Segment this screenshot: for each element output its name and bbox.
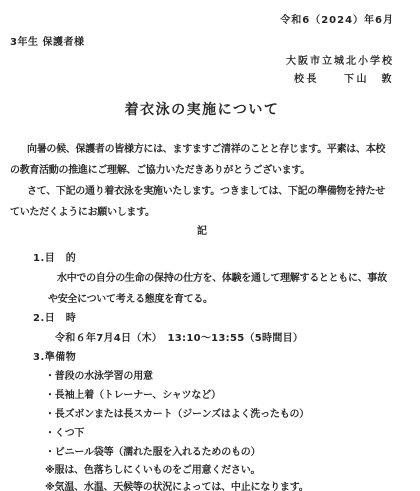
document-title: 着衣泳の実施について (10, 100, 394, 120)
school-name: 大阪市立城北小学校 (10, 55, 394, 68)
addressee: 3年生 保護者様 (10, 36, 394, 49)
document-page: 令和6（2024）年6月 3年生 保護者様 大阪市立城北小学校 校長 下山 敦 … (0, 0, 420, 491)
section-purpose-body: 水中での自分の生命の保持の仕方を、体験を通して理解するとともに、事故や安全につい… (48, 268, 394, 310)
request-paragraph: さて、下記の通り着衣泳を実施いたします。つきましては、下記の準備物を持たせていた… (10, 181, 394, 223)
section-datetime: 2.日 時 令和６年7月4日（木） 13:10～13:55（5時間目） (10, 310, 394, 349)
greeting-paragraph: 向暑の候、保護者の皆様方には、ますますご清祥のことと存じます。平素は、本校の教育… (10, 139, 394, 181)
list-item: ・長袖上着（トレーナー、シャツなど） (45, 386, 394, 405)
list-item: ・普段の水泳学習の用意 (45, 367, 394, 386)
section-purpose: 1.目 的 水中での自分の生命の保持の仕方を、体験を通して理解するとともに、事故… (10, 250, 394, 310)
section-purpose-heading: 1.目 的 (33, 250, 394, 268)
list-item: ・長ズボンまたは長スカート（ジーンズはよく洗ったもの） (45, 405, 394, 424)
section-datetime-body: 令和６年7月4日（木） 13:10～13:55（5時間目） (55, 328, 394, 349)
section-preparations: 3.準備物 ・普段の水泳学習の用意 ・長袖上着（トレーナー、シャツなど） ・長ズ… (10, 349, 394, 491)
section-preparations-heading: 3.準備物 (33, 349, 394, 367)
section-datetime-heading: 2.日 時 (33, 310, 394, 328)
principal-name: 校長 下山 敦 (10, 73, 394, 86)
preparation-item-list: ・普段の水泳学習の用意 ・長袖上着（トレーナー、シャツなど） ・長ズボンまたは長… (45, 367, 394, 462)
list-item: ・くつ下 (45, 424, 394, 443)
list-item: ・ビニール袋等（濡れた服を入れるためのもの） (45, 443, 394, 462)
note-cancellation: ※気温、水温、天候等の状況によっては、中止になります。 (45, 479, 394, 491)
ki-marker: 記 (10, 223, 394, 241)
note-clothing: ※服は、色落ちしにくいものをご用意ください。 (45, 462, 394, 479)
issue-date: 令和6（2024）年6月 (10, 14, 394, 27)
